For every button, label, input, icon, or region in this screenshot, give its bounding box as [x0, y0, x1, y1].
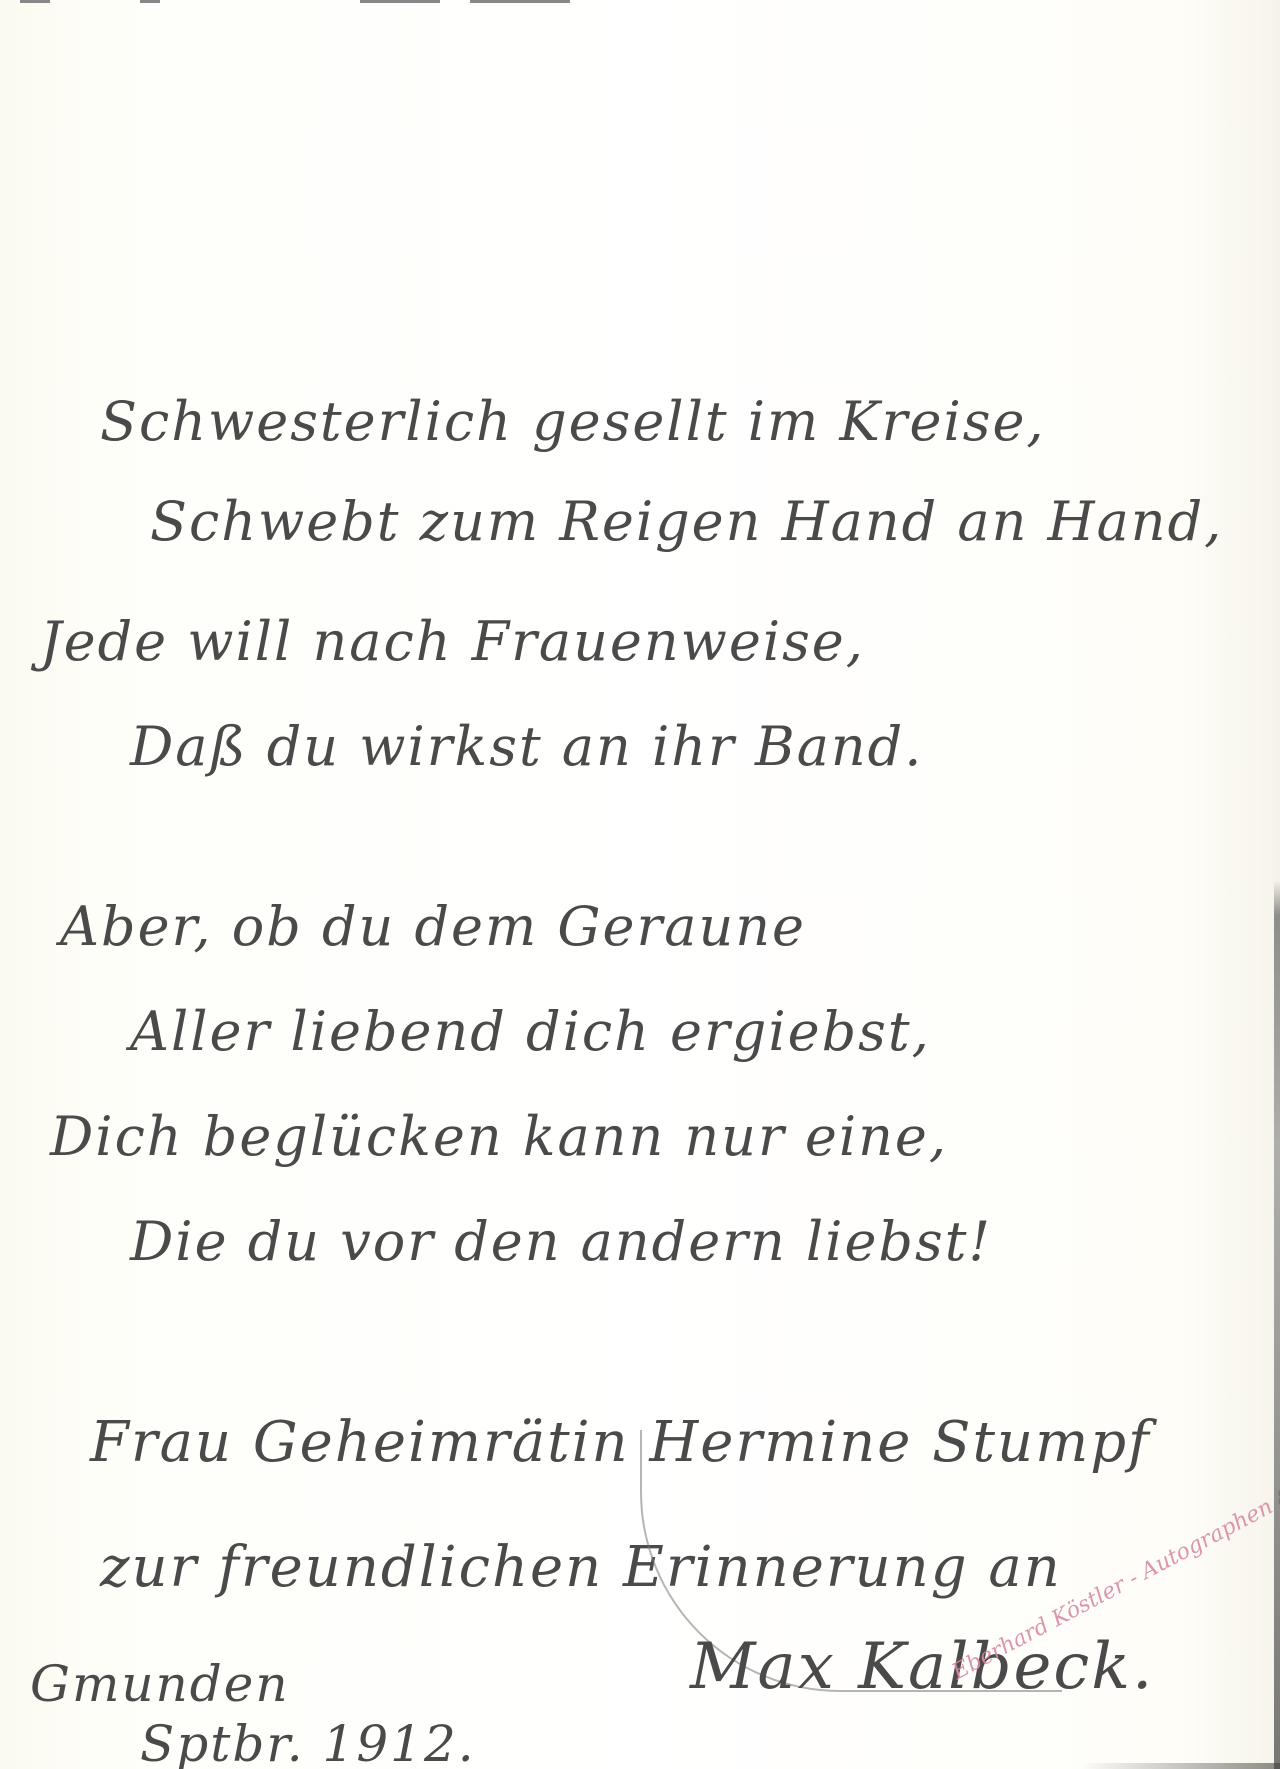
manuscript-page: Schwesterlich gesellt im Kreise, Schwebt… [0, 0, 1280, 1769]
page-edge-shadow-bottom [1080, 1763, 1280, 1769]
poem-line: Aber, ob du dem Geraune [60, 895, 806, 958]
page-edge-shadow [1274, 880, 1280, 1769]
poem-line: Dich beglücken kann nur eine, [50, 1105, 948, 1168]
top-edge-marks [0, 0, 240, 8]
poem-line: Schwesterlich gesellt im Kreise, [100, 390, 1046, 453]
poem-line: Schwebt zum Reigen Hand an Hand, [150, 490, 1223, 553]
poem-line: Daß du wirkst an ihr Band. [130, 715, 923, 778]
poem-line: Die du vor den andern liebst! [130, 1210, 992, 1273]
poem-line: Aller liebend dich ergiebst, [130, 1000, 931, 1063]
place: Gmunden [30, 1655, 290, 1713]
poem-line: Jede will nach Frauenweise, [40, 610, 865, 673]
date: Sptbr. 1912. [140, 1715, 476, 1769]
signature: Max Kalbeck. [690, 1630, 1154, 1704]
